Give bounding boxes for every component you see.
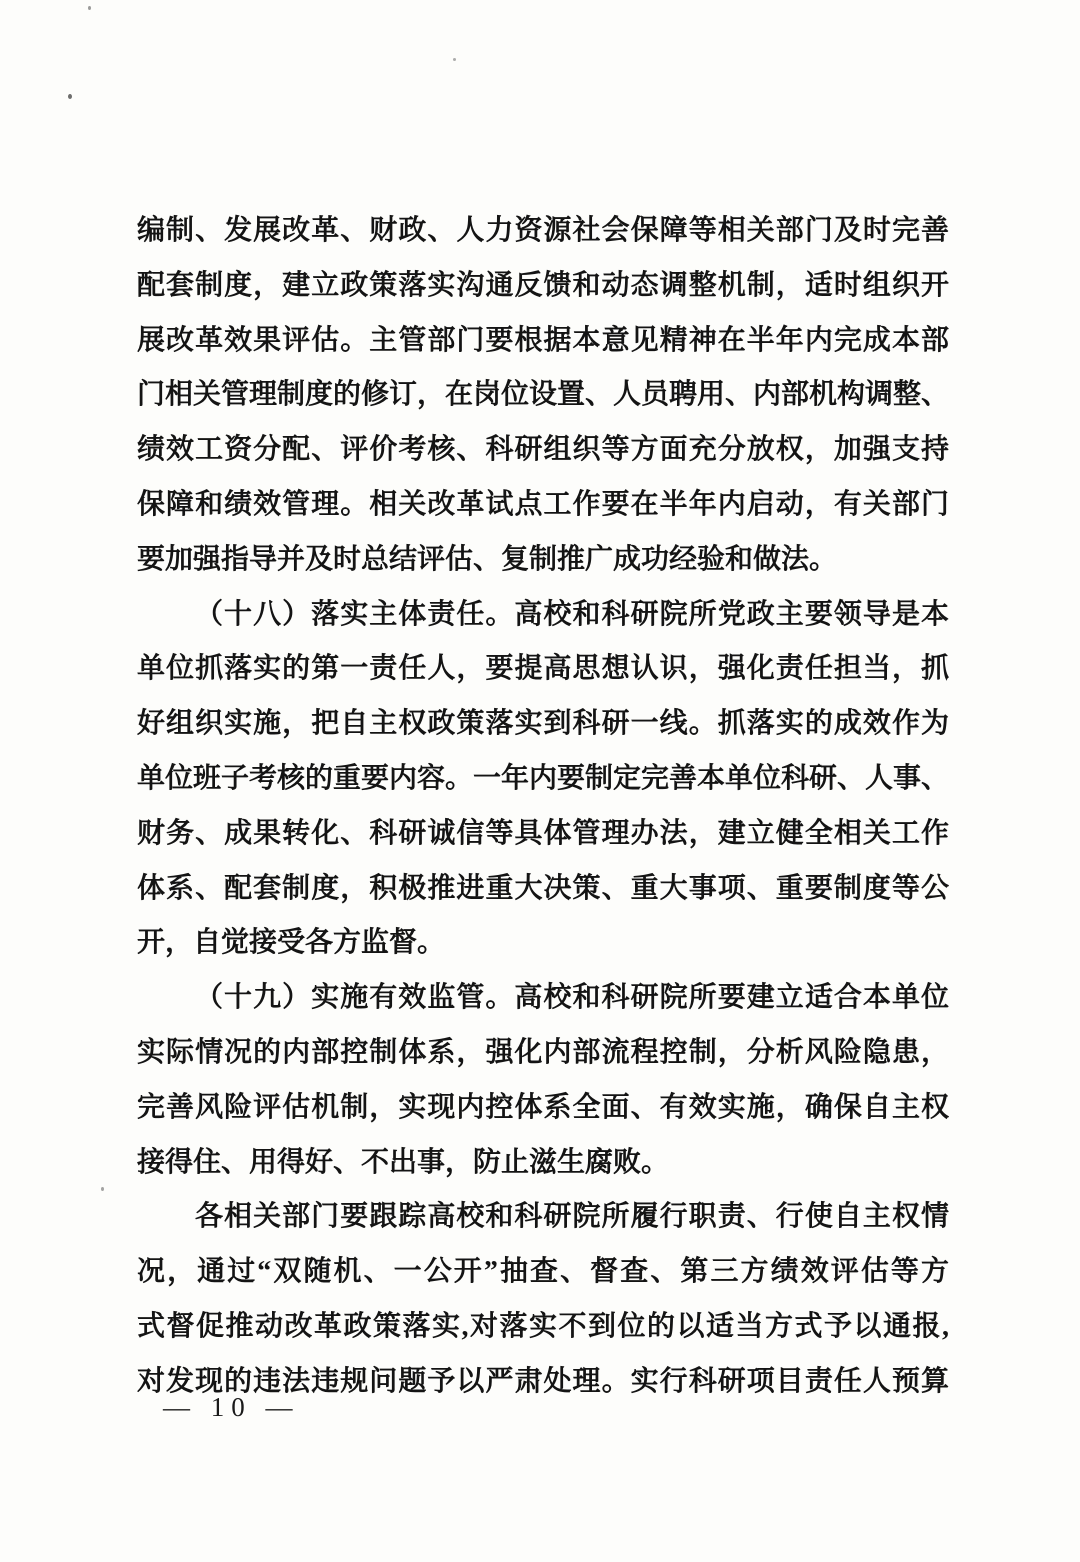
scan-speck [453, 58, 456, 61]
text-line: 式督促推动改革政策落实,对落实不到位的以适当方式予以通报, [137, 1300, 949, 1355]
text-line: 开，自觉接受各方监督。 [137, 916, 949, 971]
text-line: 财务、成果转化、科研诚信等具体管理办法，建立健全相关工作 [137, 807, 949, 862]
text-line: 保障和绩效管理。相关改革试点工作要在半年内启动，有关部门 [137, 478, 949, 533]
text-line: 况，通过“双随机、一公开”抽查、督查、第三方绩效评估等方 [137, 1245, 949, 1300]
text-line: 配套制度，建立政策落实沟通反馈和动态调整机制，适时组织开 [137, 259, 949, 314]
text-line: 好组织实施，把自主权政策落实到科研一线。抓落实的成效作为 [137, 697, 949, 752]
text-line: 完善风险评估机制，实现内控体系全面、有效实施，确保自主权 [137, 1081, 949, 1136]
text-line: 单位抓落实的第一责任人，要提高思想认识，强化责任担当，抓 [137, 642, 949, 697]
text-line-section-18: （十八）落实主体责任。高校和科研院所党政主要领导是本 [137, 588, 949, 643]
text-line-section-19: （十九）实施有效监管。高校和科研院所要建立适合本单位 [137, 971, 949, 1026]
text-line: 门相关管理制度的修订，在岗位设置、人员聘用、内部机构调整、 [137, 368, 949, 423]
text-line: 接得住、用得好、不出事，防止滋生腐败。 [137, 1136, 949, 1191]
text-line: 绩效工资分配、评价考核、科研组织等方面充分放权，加强支持 [137, 423, 949, 478]
text-line: 展改革效果评估。主管部门要根据本意见精神在半年内完成本部 [137, 314, 949, 369]
body-text: 编制、发展改革、财政、人力资源社会保障等相关部门及时完善 配套制度，建立政策落实… [137, 204, 949, 1410]
text-line: 要加强指导并及时总结评估、复制推广成功经验和做法。 [137, 533, 949, 588]
text-line: 实际情况的内部控制体系，强化内部流程控制，分析风险隐患， [137, 1026, 949, 1081]
scan-speck [88, 6, 91, 10]
text-line: 体系、配套制度，积极推进重大决策、重大事项、重要制度等公 [137, 862, 949, 917]
scan-speck [101, 1187, 104, 1191]
text-line: 单位班子考核的重要内容。一年内要制定完善本单位科研、人事、 [137, 752, 949, 807]
scan-speck [68, 94, 72, 99]
text-line: 编制、发展改革、财政、人力资源社会保障等相关部门及时完善 [137, 204, 949, 259]
page-number: — 10 — [163, 1392, 300, 1423]
text-line: 各相关部门要跟踪高校和科研院所履行职责、行使自主权情 [137, 1190, 949, 1245]
scanned-document-page: 编制、发展改革、财政、人力资源社会保障等相关部门及时完善 配套制度，建立政策落实… [0, 0, 1080, 1562]
